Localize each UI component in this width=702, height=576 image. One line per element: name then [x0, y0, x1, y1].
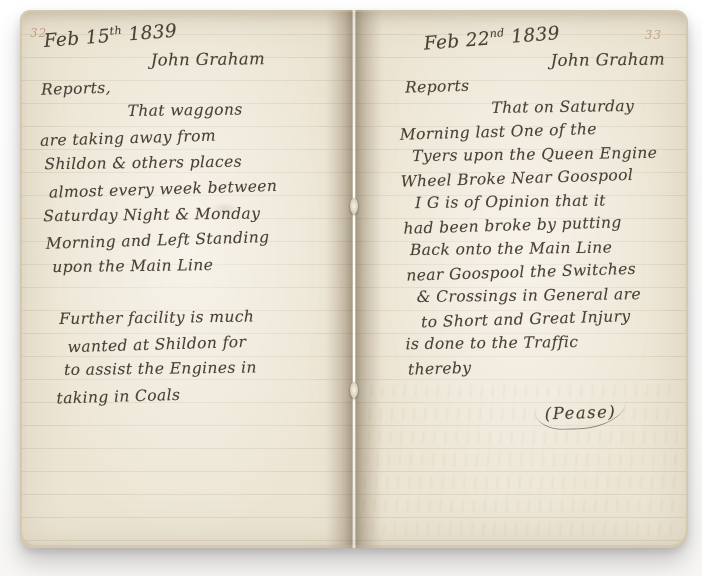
signature-line: (Pease) [534, 398, 702, 426]
manuscript-book: 32 33 Feb 15th 1839John GrahamReports,Th… [20, 10, 688, 548]
date-line: Feb 15th 1839 [42, 1, 337, 50]
left-page-text: Feb 15th 1839John GrahamReports,That wag… [38, 19, 345, 411]
photo-background: 32 33 Feb 15th 1839John GrahamReports,Th… [0, 0, 702, 576]
right-page-text: Feb 22nd 1839John GrahamReportsThat on S… [396, 23, 702, 428]
